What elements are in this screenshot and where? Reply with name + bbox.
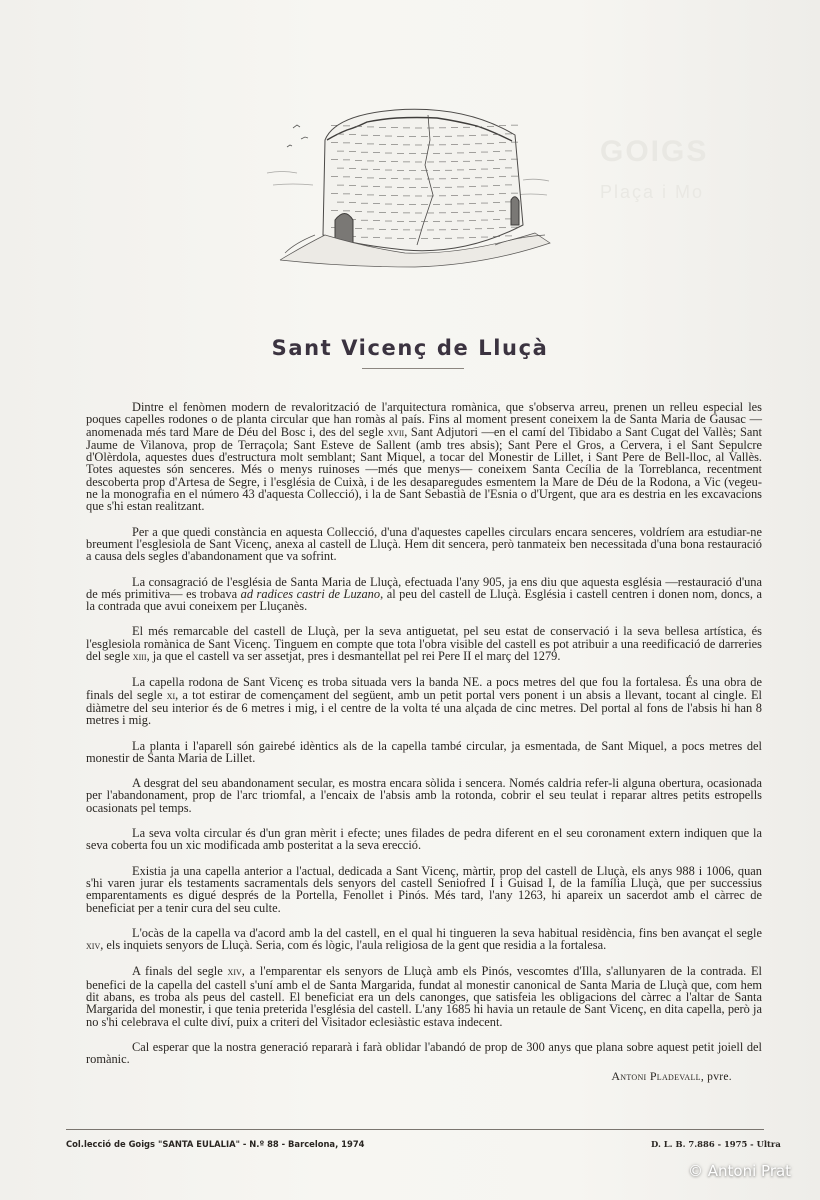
body-paragraph: La seva volta circular és d'un gran mèri… [86,827,762,852]
body-paragraph: A desgrat del seu abandonament secular, … [86,777,762,814]
author-signature: Antoni Pladevall, pvre. [611,1069,732,1084]
show-through-text: GOIGS [600,135,708,169]
body-paragraph: La consagració de l'església de Santa Ma… [86,576,762,613]
body-paragraph: A finals del segle xiv, a l'emparentar e… [86,965,762,1027]
body-paragraph: Dintre el fenòmen modern de revaloritzac… [86,401,762,513]
body-paragraph: El més remarcable del castell de Lluçà, … [86,625,762,663]
body-paragraph: Per a que quedi constància en aquesta Co… [86,526,762,563]
author-name: Antoni Pladevall [611,1069,701,1083]
chapel-illustration [265,95,555,270]
title-divider [362,368,464,369]
body-paragraph: La planta i l'aparell són gairebé idènti… [86,740,762,765]
body-paragraph: Cal esperar que la nostra generació repa… [86,1041,762,1066]
show-through-text-sub: Plaça i Mo [600,182,704,203]
document-page: GOIGS Plaça i Mo [0,0,820,1200]
footer-collection-info: Col.lecció de Goigs "SANTA EULALIA" - N.… [66,1139,365,1149]
footer-divider [66,1129,764,1130]
copyright-watermark: © Antoni Prat [688,1162,791,1180]
body-paragraph: L'ocàs de la capella va d'acord amb la d… [86,927,762,953]
body-paragraph: La capella rodona de Sant Vicenç es trob… [86,676,762,726]
article-body: Dintre el fenòmen modern de revaloritzac… [86,401,762,1078]
footer-legal-deposit: D. L. B. 7.886 - 1975 - Ultra [651,1139,781,1149]
page-title: Sant Vicenç de Lluçà [0,336,820,360]
author-suffix: , pvre. [701,1071,732,1083]
body-paragraph: Existia ja una capella anterior a l'actu… [86,865,762,914]
